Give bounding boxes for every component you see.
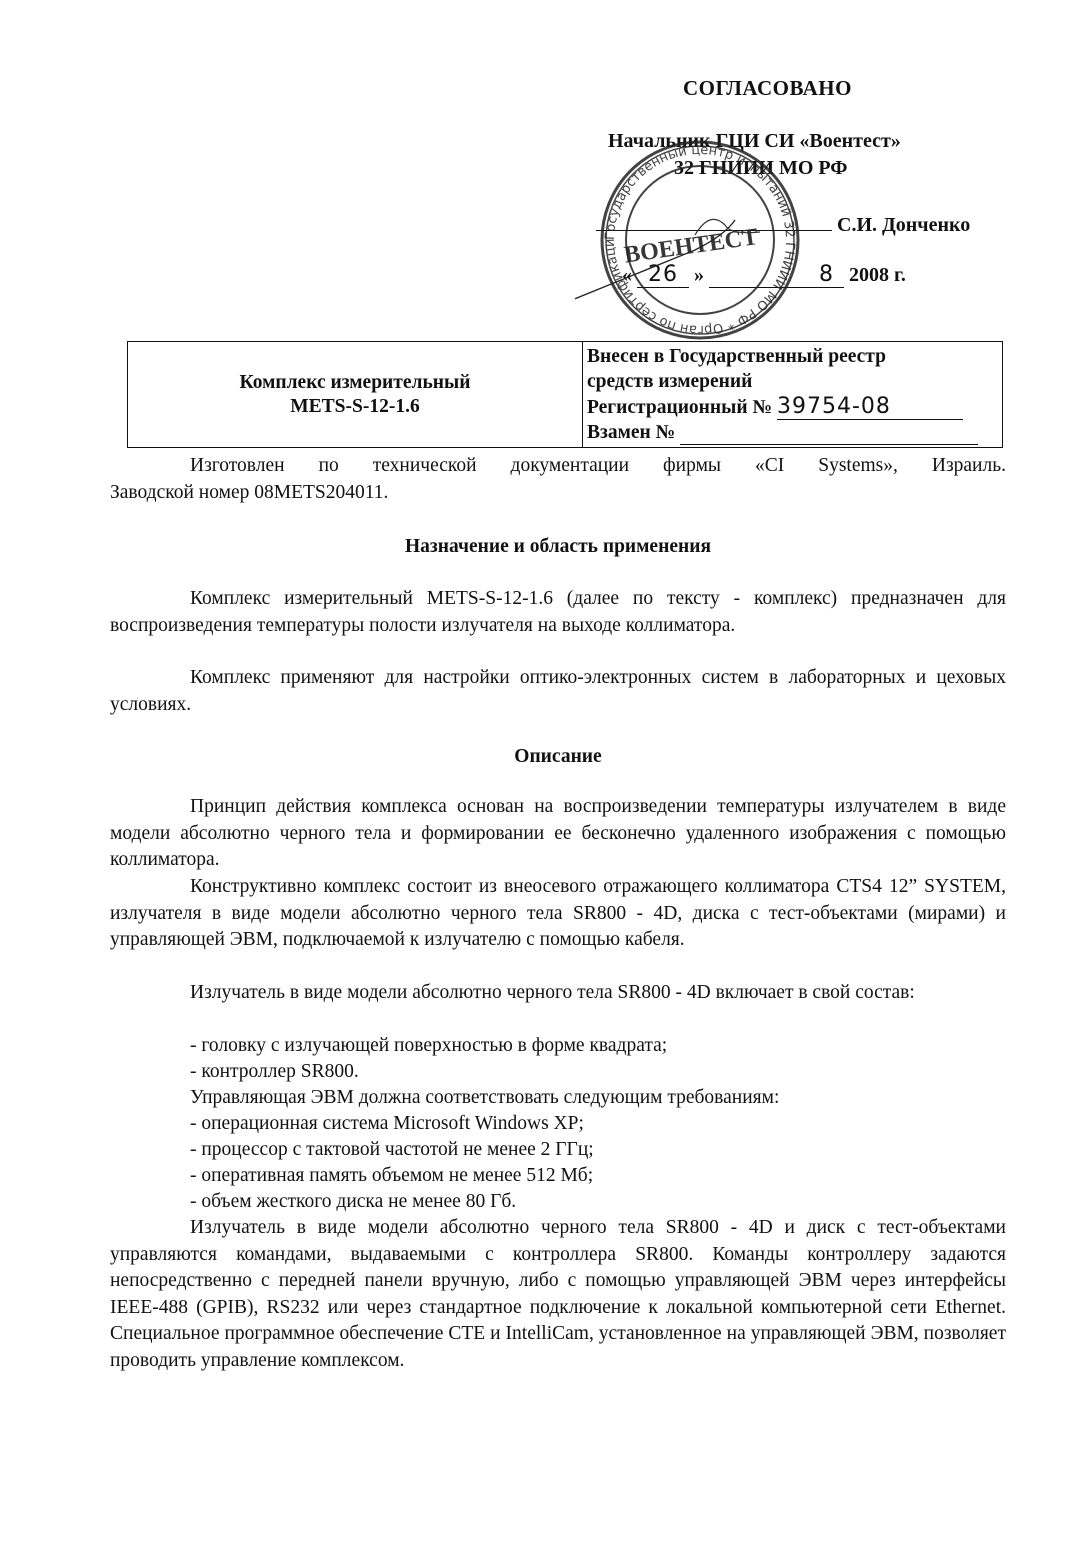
purpose-paragraph-2: Комплекс применяют для настройки оптико-… bbox=[110, 665, 1006, 718]
manufacturer-line: Изготовлен по технической документации ф… bbox=[110, 453, 1006, 480]
signatory-name: С.И. Донченко bbox=[837, 214, 970, 236]
requirement-ram: - оперативная память объемом не менее 51… bbox=[110, 1163, 1086, 1190]
requirement-disk: - объем жесткого диска не менее 80 Гб. bbox=[110, 1189, 1086, 1216]
replaces-row: Взамен № bbox=[587, 420, 998, 445]
svg-text:ВОЕНТЕСТ: ВОЕНТЕСТ bbox=[623, 224, 760, 268]
reg-number-label: Регистрационный № bbox=[587, 397, 772, 418]
computer-requirements-intro: Управляющая ЭВМ должна соответствовать с… bbox=[110, 1085, 1086, 1112]
emitter-component-1: - головку с излучающей поверхностью в фо… bbox=[110, 1033, 1086, 1060]
section-heading-description: Описание bbox=[110, 746, 1006, 768]
emitter-component-2: - контроллер SR800. bbox=[110, 1059, 1086, 1086]
device-name-cell: Комплекс измерительный METS-S-12-1.6 bbox=[128, 342, 583, 448]
description-closing-paragraph: Излучатель в виде модели абсолютно черно… bbox=[110, 1215, 1006, 1374]
purpose-paragraph-1: Комплекс измерительный METS-S-12-1.6 (да… bbox=[110, 586, 1006, 639]
registry-table: Комплекс измерительный METS-S-12-1.6 Вне… bbox=[127, 341, 1003, 448]
device-model: METS-S-12-1.6 bbox=[129, 395, 581, 419]
description-paragraph-3: Излучатель в виде модели абсолютно черно… bbox=[110, 980, 1006, 1007]
official-stamp-icon: Государственный центр испытаний 32 ГНИИИ… bbox=[575, 140, 825, 340]
reg-number-value: 39754-08 bbox=[777, 394, 963, 420]
registry-line1: Внесен в Государственный реестр bbox=[587, 344, 998, 369]
section-heading-purpose: Назначение и область применения bbox=[110, 536, 1006, 558]
reg-number-row: Регистрационный № 39754-08 bbox=[587, 394, 998, 420]
replaces-value bbox=[680, 424, 978, 445]
serial-number-line: Заводской номер 08METS204011. bbox=[110, 480, 1006, 507]
description-paragraph-1: Принцип действия комплекса основан на во… bbox=[110, 794, 1006, 874]
registry-line2: средств измерений bbox=[587, 369, 998, 394]
device-name-line1: Комплекс измерительный bbox=[129, 371, 581, 395]
replaces-label: Взамен № bbox=[587, 422, 675, 443]
requirement-os: - операционная система Microsoft Windows… bbox=[110, 1111, 1086, 1138]
description-paragraph-2: Конструктивно комплекс состоит из внеосе… bbox=[110, 874, 1006, 954]
requirement-cpu: - процессор с тактовой частотой не менее… bbox=[110, 1137, 1086, 1164]
registry-cell: Внесен в Государственный реестр средств … bbox=[583, 342, 1003, 448]
approval-title: СОГЛАСОВАНО bbox=[683, 76, 852, 101]
date-year: 2008 г. bbox=[849, 264, 906, 286]
